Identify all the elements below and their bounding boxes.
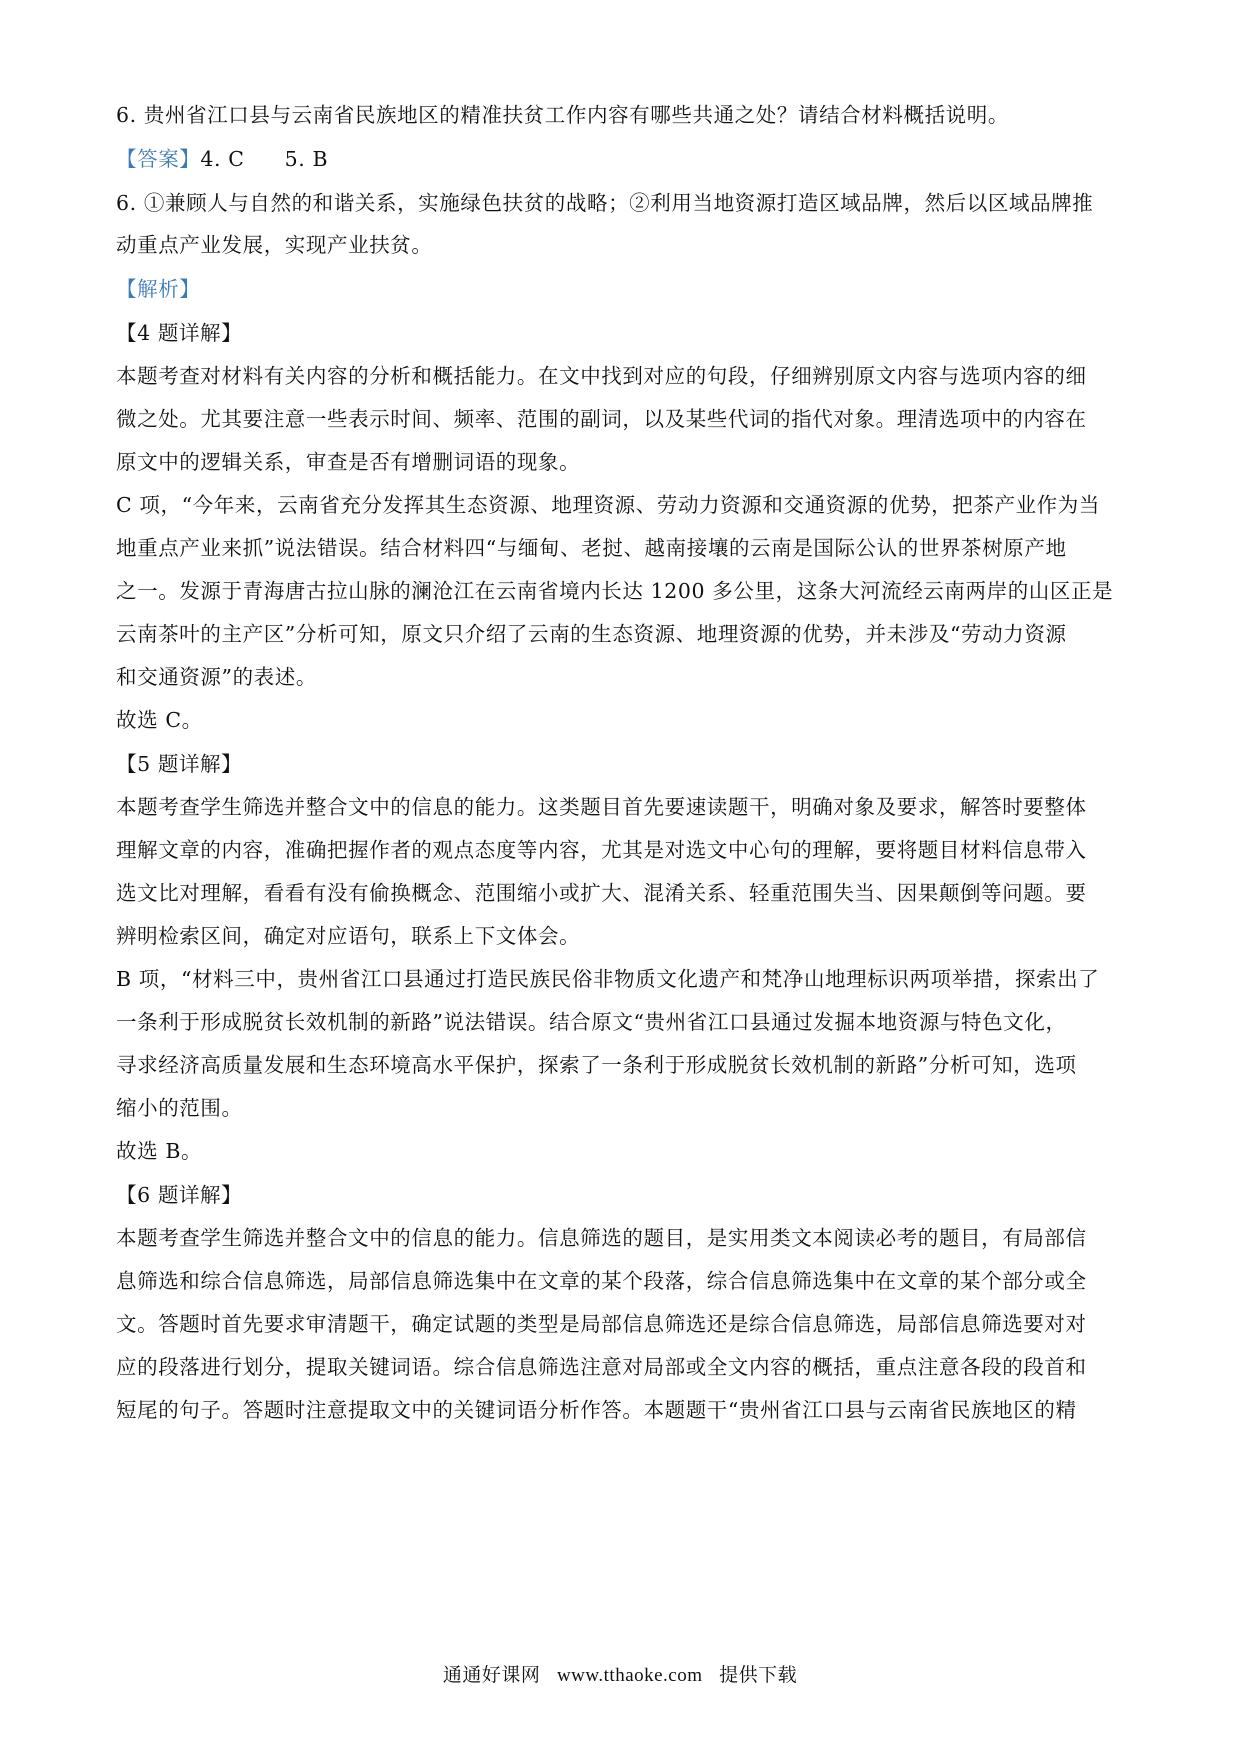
answer-label: 【答案】: [116, 147, 200, 171]
footer-url-link[interactable]: www.tthaoke.com: [557, 1665, 703, 1686]
answer-row: 【答案】4. C5. B: [116, 144, 328, 174]
q6-heading: 【6 题详解】: [116, 1180, 242, 1210]
q6-paragraph-line: 短尾的句子。答题时注意提取文中的关键词语分析作答。本题题干“贵州省江口县与云南省…: [116, 1395, 1077, 1425]
q5-option-line: 一条利于形成脱贫长效机制的新路”说法错误。结合原文“贵州省江口县通过发掘本地资源…: [116, 1007, 1067, 1037]
q4-option-line: 之一。发源于青海唐古拉山脉的澜沧江在云南省境内长达 1200 多公里，这条大河流…: [116, 576, 1113, 606]
footer-suffix: 提供下载: [719, 1664, 797, 1686]
q6-paragraph-line: 应的段落进行划分，提取关键词语。综合信息筛选注意对局部或全文内容的概括，重点注意…: [116, 1352, 1087, 1382]
q4-option-line: 地重点产业来抓”说法错误。结合材料四“与缅甸、老挝、越南接壤的云南是国际公认的世…: [116, 533, 1067, 563]
answer-6-line: 动重点产业发展，实现产业扶贫。: [116, 230, 433, 260]
answer-6-line: 6. ①兼顾人与自然的和谐关系，实施绿色扶贫的战略；②利用当地资源打造区域品牌，…: [116, 188, 1093, 218]
q5-conclusion: 故选 B。: [116, 1136, 202, 1166]
q4-paragraph-line: 原文中的逻辑关系，审查是否有增删词语的现象。: [116, 447, 580, 477]
question-6: 6. 贵州省江口县与云南省民族地区的精准扶贫工作内容有哪些共通之处？请结合材料概…: [116, 100, 1009, 130]
q4-paragraph-line: 微之处。尤其要注意一些表示时间、频率、范围的副词，以及某些代词的指代对象。理清选…: [116, 404, 1087, 434]
q4-paragraph-line: 本题考查对材料有关内容的分析和概括能力。在文中找到对应的句段，仔细辨别原文内容与…: [116, 361, 1087, 391]
q4-option-line: 和交通资源”的表述。: [116, 662, 317, 692]
footer-site-name: 通通好课网: [443, 1664, 541, 1686]
q5-paragraph-line: 理解文章的内容，准确把握作者的观点态度等内容，尤其是对选文中心句的理解，要将题目…: [116, 835, 1087, 865]
q5-paragraph-line: 本题考查学生筛选并整合文中的信息的能力。这类题目首先要速读题干，明确对象及要求，…: [116, 792, 1087, 822]
q4-heading: 【4 题详解】: [116, 318, 242, 348]
q5-option-line: 缩小的范围。: [116, 1093, 243, 1123]
q4-option-line: C 项，“今年来，云南省充分发挥其生态资源、地理资源、劳动力资源和交通资源的优势…: [116, 490, 1100, 520]
q6-paragraph-line: 文。答题时首先要求审清题干，确定试题的类型是局部信息筛选还是综合信息筛选，局部信…: [116, 1309, 1087, 1339]
q4-option-line: 云南茶叶的主产区”分析可知，原文只介绍了云南的生态资源、地理资源的优势，并未涉及…: [116, 619, 1067, 649]
q5-paragraph-line: 辨明检索区间，确定对应语句，联系上下文体会。: [116, 921, 580, 951]
answer-item-5: 5. B: [285, 147, 329, 171]
q5-option-line: 寻求经济高质量发展和生态环境高水平保护，探索了一条利于形成脱贫长效机制的新路”分…: [116, 1050, 1077, 1080]
answer-item-4: 4. C: [200, 147, 244, 171]
q6-paragraph-line: 本题考查学生筛选并整合文中的信息的能力。信息筛选的题目，是实用类文本阅读必考的题…: [116, 1223, 1087, 1253]
q5-paragraph-line: 选文比对理解，看看有没有偷换概念、范围缩小或扩大、混淆关系、轻重范围失当、因果颠…: [116, 878, 1087, 908]
page-footer: 通通好课网 www.tthaoke.com 提供下载: [0, 1660, 1240, 1687]
q5-heading: 【5 题详解】: [116, 749, 242, 779]
q6-paragraph-line: 息筛选和综合信息筛选，局部信息筛选集中在文章的某个段落，综合信息筛选集中在文章的…: [116, 1266, 1087, 1296]
q5-option-line: B 项，“材料三中，贵州省江口县通过打造民族民俗非物质文化遗产和梵净山地理标识两…: [116, 964, 1099, 994]
analysis-label: 【解析】: [116, 274, 200, 304]
q4-conclusion: 故选 C。: [116, 705, 203, 735]
